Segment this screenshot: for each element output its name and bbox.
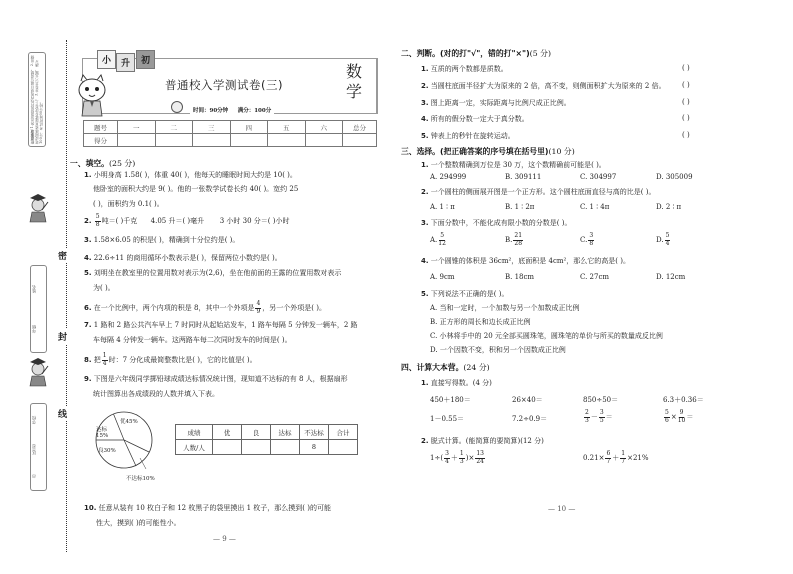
tag-xiao: 小 — [97, 50, 116, 69]
choice-q2-option-c[interactable]: C. 1 ∶ 4π — [580, 202, 609, 212]
tag-chu: 初 — [136, 50, 155, 69]
score-table: 题号 一 二 三 四 五 六 总分 得分 — [83, 120, 377, 147]
judge-answer-2[interactable]: ( ) — [682, 81, 690, 89]
grade-count-table: 成绩 优 良 达标 不达标 合计 人数/人 8 — [175, 424, 358, 455]
choice-q3-option-d[interactable]: D.54 — [656, 233, 671, 247]
grade-header-cell: 成绩 — [176, 425, 213, 440]
choice-q3-option-a[interactable]: A.512 — [430, 233, 447, 247]
seal-char-mi: 密 — [58, 248, 67, 263]
calc-item: 850÷50＝ — [583, 395, 618, 405]
judge-item-3: 3. 图上距离一定，实际距离与比例尺成正比例。 — [421, 98, 571, 108]
score-header-cell: 四 — [230, 121, 268, 134]
field-label-district: 区(县) — [31, 443, 37, 454]
section-points: (24 分) — [463, 363, 489, 372]
grade-row-label: 人数/人 — [176, 440, 213, 455]
section-points: (10 分) — [548, 147, 574, 156]
section-fill-blank-heading: 一、填空。(25 分) — [70, 158, 135, 169]
choice-q3-option-b[interactable]: B.2128 — [505, 233, 524, 247]
score-header-cell: 总分 — [343, 121, 377, 134]
section-true-false-heading: 二、判断。(对的打"√"，错的打"×")(5 分) — [401, 48, 551, 59]
student-mascot-icon — [26, 190, 50, 224]
choice-q5-option-c[interactable]: C. 小林将手中的 20 元全部买圆珠笔，圆珠笔的单价与所买的数量成反比例 — [430, 331, 663, 341]
choice-q1: 1. 一个整数精确到万位是 30 万，这个数精确前可能是( )。 — [421, 160, 606, 170]
score-cell[interactable] — [193, 134, 231, 147]
calc-expression-1: 1÷(34＋13)×1324 — [430, 451, 486, 465]
judge-item-1: 1. 互质的两个数都是质数。 — [421, 64, 508, 74]
choice-q3-option-c[interactable]: C.38 — [580, 233, 595, 247]
pie-label-excellent: 优45% — [120, 417, 138, 425]
page-number-right: — 10 — — [548, 505, 575, 513]
choice-q5-option-a[interactable]: A. 当和一定时，一个加数与另一个加数成正比例 — [430, 303, 580, 313]
score-cell[interactable] — [343, 134, 377, 147]
seal-char-feng: 封 — [58, 329, 67, 344]
section-choice-heading: 三、选择。(把正确答案的序号填在括号里)(10 分) — [401, 146, 575, 157]
score-header-cell: 六 — [305, 121, 343, 134]
grade-count-cell[interactable] — [271, 440, 300, 455]
subject-label: 数学 — [346, 62, 366, 102]
score-cell[interactable] — [155, 134, 193, 147]
score-header-cell: 三 — [193, 121, 231, 134]
question-6: 6. 在一个比例中，两个内项的积是 8，其中一个外项是49，另一个外项是( )。 — [84, 301, 326, 315]
choice-q5-option-d[interactable]: D. 一个因数不变，积和另一个因数成正比例 — [430, 345, 566, 355]
question-10: 10. 任意从装有 10 枚白子和 12 枚黑子的袋里摸出 1 枚子，那么摸到(… — [84, 503, 331, 513]
score-cell[interactable] — [230, 134, 268, 147]
notice-box: 注意事项 1.答卷前将密封线内的项目填写清楚。 2.用钢笔或圆珠笔直接答在试卷上… — [28, 52, 46, 147]
section-points: (5 分) — [530, 49, 551, 58]
question-1-line2: 他卧室的面积大约是 9( )。他的一张数学试卷长约 40( )。宽约 25 — [93, 184, 298, 194]
calc-expression-2: 0.21×67＋17×21% — [583, 451, 649, 465]
choice-q3: 3. 下面分数中，不能化成有限小数的分数是( )。 — [421, 218, 571, 228]
grade-count-cell[interactable] — [242, 440, 271, 455]
score-header-cell: 二 — [155, 121, 193, 134]
judge-item-2: 2. 当圆柱底面半径扩大为原来的 2 倍，高不变，则侧面积扩大为原来的 2 倍。 — [421, 81, 666, 91]
choice-q2: 2. 一个圆柱的侧面展开图是一个正方形。这个圆柱底面直径与高的比是( )。 — [421, 187, 655, 197]
choice-q4: 4. 一个圆锥的体积是 36cm²，底面积是 4cm²，那么它的高是( )。 — [421, 256, 630, 266]
question-7-line2: 车每隔 4 分钟发一辆车。这两路车每二次同时发车的时间是( )。 — [93, 335, 292, 345]
grade-count-cell[interactable] — [329, 440, 358, 455]
score-row-label: 得分 — [84, 134, 118, 147]
grade-header-cell: 达标 — [271, 425, 300, 440]
question-3: 3. 1.58×6.05 的积是( )，精确到十分位约是( )。 — [84, 235, 239, 245]
tag-sheng: 升 — [116, 53, 135, 72]
calc-sub1-heading: 1. 直接写得数。(4 分) — [421, 378, 492, 388]
judge-answer-5[interactable]: ( ) — [682, 131, 690, 139]
question-7: 7. 1 路和 2 路公共汽车早上 7 时同时从起始站发车，1 路车每隔 5 分… — [84, 320, 358, 330]
grade-header-cell: 良 — [242, 425, 271, 440]
judge-answer-1[interactable]: ( ) — [682, 64, 690, 72]
section-title: 一、填空。 — [70, 159, 109, 168]
question-8: 8. 把14时：7 分化成最简整数比是( )，它的比值是( )。 — [84, 353, 257, 367]
section-title: 二、判断。(对的打"√"，错的打"×") — [401, 49, 530, 58]
choice-q4-option-c[interactable]: C. 27cm — [580, 272, 609, 282]
calc-item: 450＋180＝ — [430, 395, 471, 405]
section-title: 四、计算大本营。 — [401, 363, 463, 372]
class-name-box: 年级 姓名 — [30, 265, 47, 353]
calc-item: 1－0.55＝ — [430, 414, 464, 424]
score-header-cell: 题号 — [84, 121, 118, 134]
question-1-line3: ( )，面积约为 0.1( )。 — [93, 199, 164, 209]
choice-q4-option-a[interactable]: A. 9cm — [430, 272, 455, 282]
choice-q1-option-a[interactable]: A. 294999 — [430, 172, 466, 182]
choice-q4-option-b[interactable]: B. 18cm — [505, 272, 534, 282]
score-table-row: 得分 — [84, 134, 377, 147]
calc-sub2-heading: 2. 脱式计算。(能简算的要简算)(12 分) — [421, 436, 544, 446]
question-4: 4. 22.6÷11 的商用循环小数表示是( )，保留两位小数约是( )。 — [84, 253, 282, 263]
choice-q1-option-c[interactable]: C. 304997 — [580, 172, 616, 182]
calc-item-fraction: 23－35＝ — [583, 410, 613, 424]
question-5: 5. 刘明坐在教室里的位置用数对表示为(2,6)，坐在他前面的王露的位置用数对表… — [84, 268, 341, 278]
field-label-grade: 年级 — [31, 325, 37, 333]
section-points: (25 分) — [109, 159, 135, 168]
grade-header-cell: 优 — [213, 425, 242, 440]
student-mascot-icon — [26, 354, 50, 388]
exam-title: 普通校入学测试卷(三) — [165, 77, 283, 93]
score-header-cell: 五 — [268, 121, 306, 134]
question-2: 2. 58吨＝( )千克 4.05 升＝( )毫升 3 小时 30 分＝( )小… — [84, 214, 289, 228]
seal-line — [66, 40, 67, 552]
calc-item-fraction: 56×910＝ — [663, 410, 693, 424]
grade-header-cell: 合计 — [329, 425, 358, 440]
field-label-city: 市 — [31, 474, 37, 478]
choice-q2-option-b[interactable]: B. 1 ∶ 2π — [505, 202, 534, 212]
tiger-mascot-icon — [74, 74, 110, 118]
question-1: 1. 小明身高 1.58( )，体重 40( )，他每天的睡眠时间大约是 10(… — [84, 170, 297, 180]
pie-label-fail: 不达标10% — [126, 474, 155, 482]
pie-label-pass: 达标15% — [96, 427, 112, 439]
score-header-cell: 一 — [118, 121, 156, 134]
judge-item-5: 5. 钟表上的秒针在旋转运动。 — [421, 131, 515, 141]
choice-q2-option-d[interactable]: D. 2 ∶ π — [656, 202, 681, 212]
judge-item-4: 4. 所有的假分数一定大于真分数。 — [421, 114, 529, 124]
judge-answer-3[interactable]: ( ) — [682, 98, 690, 106]
choice-q5: 5. 下列说法不正确的是( )。 — [421, 289, 508, 299]
section-calculation-heading: 四、计算大本营。(24 分) — [401, 362, 490, 373]
grade-count-cell: 8 — [300, 440, 329, 455]
score-cell[interactable] — [305, 134, 343, 147]
school-box: 市 区(县) 学校 — [30, 403, 47, 491]
field-label-name: 姓名 — [31, 285, 37, 293]
grade-header-cell: 不达标 — [300, 425, 329, 440]
judge-answer-4[interactable]: ( ) — [682, 114, 690, 122]
calc-item: 26×40＝ — [512, 395, 543, 405]
choice-q1-option-b[interactable]: B. 309111 — [505, 172, 541, 182]
notice-line: 1.答卷前将密封线内的项目填写清楚。 — [30, 67, 34, 128]
question-10-line2: 性大，摸到( )的可能性小。 — [96, 518, 181, 528]
alarm-clock-icon — [171, 101, 183, 113]
notice-title: 注意事项 — [30, 130, 34, 144]
score-cell[interactable] — [268, 134, 306, 147]
choice-q2-option-a[interactable]: A. 1 ∶ π — [430, 202, 455, 212]
calc-item: 6.3＋0.36＝ — [663, 395, 704, 405]
full-score-label: 满分：100分 — [238, 108, 271, 114]
seal-char-xian: 线 — [58, 406, 67, 421]
section-title: 三、选择。(把正确答案的序号填在括号里) — [401, 147, 548, 156]
time-label: 时间：90分钟 — [193, 108, 228, 114]
score-table-header: 题号 一 二 三 四 五 六 总分 — [84, 121, 377, 134]
question-9-line2: 统计图算出各成绩段的人数并填入下表。 — [93, 389, 219, 399]
choice-q5-option-b[interactable]: B. 正方形的周长和边长成正比例 — [430, 317, 531, 327]
grade-count-cell[interactable] — [213, 440, 242, 455]
field-label-school: 学校 — [31, 417, 37, 425]
pie-label-good: 良30% — [98, 446, 116, 454]
score-cell[interactable] — [118, 134, 156, 147]
exam-time-info: 时间：90分钟 满分：100分 — [190, 106, 274, 114]
question-9: 9. 下图是六年级同学掷铅球成绩达标情况统计图，现知道不达标的有 8 人，根据扇… — [84, 374, 348, 384]
choice-q1-option-d[interactable]: D. 305009 — [656, 172, 693, 182]
choice-q4-option-d[interactable]: D. 12cm — [656, 272, 685, 282]
calc-item: 7.2÷0.9＝ — [512, 414, 547, 424]
question-5-line2: 为( )。 — [93, 283, 115, 293]
page-number-left: — 9 — — [213, 535, 236, 543]
